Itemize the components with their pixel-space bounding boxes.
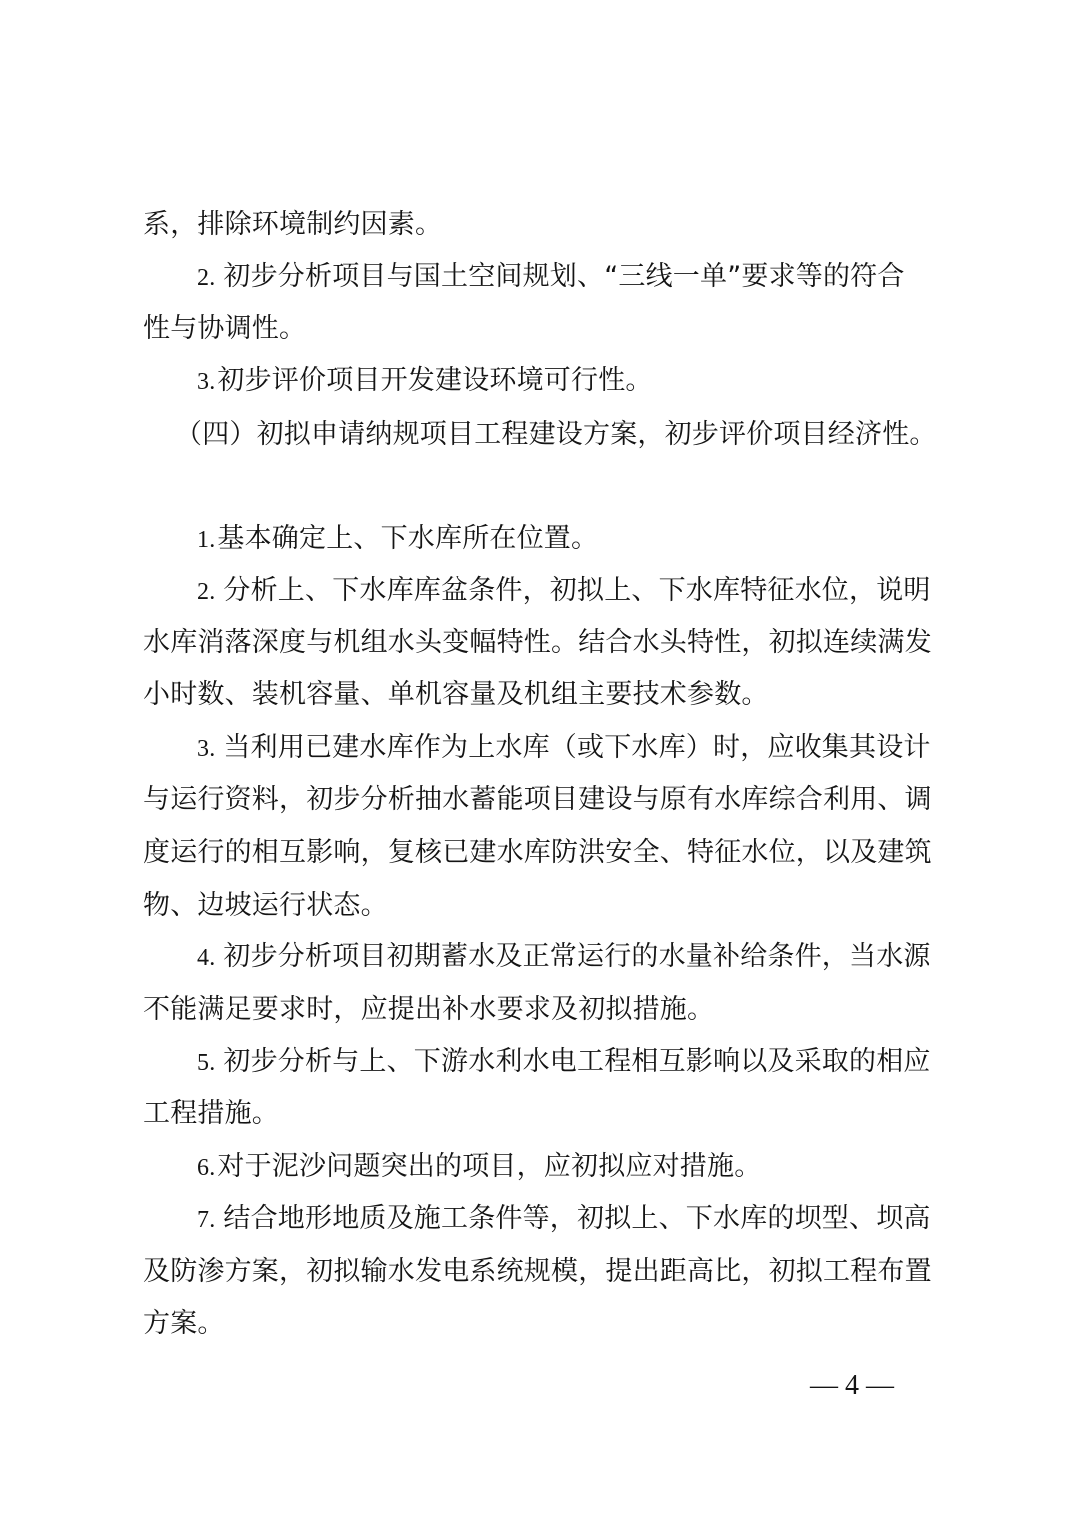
list-item-3: 3.当利用已建水库作为上水库（或下水库）时，应收集其设计 [143, 728, 931, 768]
heading-text: （四）初拟申请纳规项目工程建设方案，初步评价项目经济性。 [175, 419, 937, 450]
page-number: — 4 — [810, 1366, 894, 1406]
line-text: 工程措施。 [143, 1098, 279, 1129]
paragraph-line: 水库消落深度与机组水头变幅特性。结合水头特性，初拟连续满发 [143, 623, 932, 663]
line-text: 初步分析项目初期蓄水及正常运行的水量补给条件，当水源 [223, 941, 930, 972]
line-text: 方案。 [143, 1308, 225, 1339]
list-item-3: 3.初步评价项目开发建设环境可行性。 [143, 361, 653, 401]
line-text: 当利用已建水库作为上水库（或下水库）时，应收集其设计 [223, 732, 930, 763]
line-text: 分析上、下水库库盆条件，初拟上、下水库特征水位，说明 [223, 575, 930, 606]
item-number: 5. [197, 1043, 215, 1083]
line-text: 结合地形地质及施工条件等，初拟上、下水库的坝型、坝高 [223, 1203, 930, 1234]
line-text: 物、边坡运行状态。 [143, 890, 388, 921]
line-text: 度运行的相互影响，复核已建水库防洪安全、特征水位，以及建筑 [143, 837, 932, 868]
item-number: 6. [197, 1148, 215, 1188]
line-text: 初步分析项目与国土空间规划、“三线一单”要求等的符合 [223, 261, 904, 292]
paragraph-line: 方案。 [143, 1304, 225, 1344]
paragraph-line: 系，排除环境制约因素。 [143, 205, 442, 245]
paragraph-line: 性与协调性。 [143, 309, 306, 349]
line-text: 初步分析与上、下游水利水电工程相互影响以及采取的相应 [223, 1046, 930, 1077]
paragraph-line: 工程措施。 [143, 1094, 279, 1134]
line-text: 系，排除环境制约因素。 [143, 209, 442, 240]
document-page: 系，排除环境制约因素。 2.初步分析项目与国土空间规划、“三线一单”要求等的符合… [0, 0, 1080, 1527]
list-item-4: 4.初步分析项目初期蓄水及正常运行的水量补给条件，当水源 [143, 937, 931, 977]
list-item-2: 2.分析上、下水库库盆条件，初拟上、下水库特征水位，说明 [143, 571, 931, 611]
paragraph-line: 小时数、装机容量、单机容量及机组主要技术参数。 [143, 675, 769, 715]
paragraph-line: 物、边坡运行状态。 [143, 886, 388, 926]
item-number: 3. [197, 729, 215, 769]
list-item-5: 5.初步分析与上、下游水利水电工程相互影响以及采取的相应 [143, 1042, 931, 1082]
list-item-7: 7.结合地形地质及施工条件等，初拟上、下水库的坝型、坝高 [143, 1199, 931, 1239]
item-number: 2. [197, 258, 215, 298]
list-item-2: 2.初步分析项目与国土空间规划、“三线一单”要求等的符合 [143, 257, 905, 297]
paragraph-line: 及防渗方案，初拟输水发电系统规模，提出距高比，初拟工程布置 [143, 1252, 932, 1292]
list-item-6: 6.对于泥沙问题突出的项目，应初拟应对措施。 [143, 1147, 761, 1187]
paragraph-line: 不能满足要求时，应提出补水要求及初拟措施。 [143, 990, 714, 1030]
line-text: 水库消落深度与机组水头变幅特性。结合水头特性，初拟连续满发 [143, 627, 932, 658]
list-item-1: 1.基本确定上、下水库所在位置。 [143, 519, 598, 559]
line-text: 小时数、装机容量、单机容量及机组主要技术参数。 [143, 679, 769, 710]
item-number: 4. [197, 938, 215, 978]
paragraph-line: 度运行的相互影响，复核已建水库防洪安全、特征水位，以及建筑 [143, 833, 932, 873]
line-text: 基本确定上、下水库所在位置。 [217, 523, 598, 554]
paragraph-line: 与运行资料，初步分析抽水蓄能项目建设与原有水库综合利用、调 [143, 780, 932, 820]
line-text: 不能满足要求时，应提出补水要求及初拟措施。 [143, 994, 714, 1025]
line-text: 初步评价项目开发建设环境可行性。 [217, 365, 652, 396]
item-number: 1. [197, 520, 215, 560]
line-text: 与运行资料，初步分析抽水蓄能项目建设与原有水库综合利用、调 [143, 784, 932, 815]
item-number: 7. [197, 1200, 215, 1240]
line-text: 及防渗方案，初拟输水发电系统规模，提出距高比，初拟工程布置 [143, 1256, 932, 1287]
line-text: 性与协调性。 [143, 313, 306, 344]
section-heading-4: （四）初拟申请纳规项目工程建设方案，初步评价项目经济性。 [175, 415, 937, 455]
line-text: 对于泥沙问题突出的项目，应初拟应对措施。 [217, 1151, 761, 1182]
item-number: 2. [197, 572, 215, 612]
item-number: 3. [197, 362, 215, 402]
